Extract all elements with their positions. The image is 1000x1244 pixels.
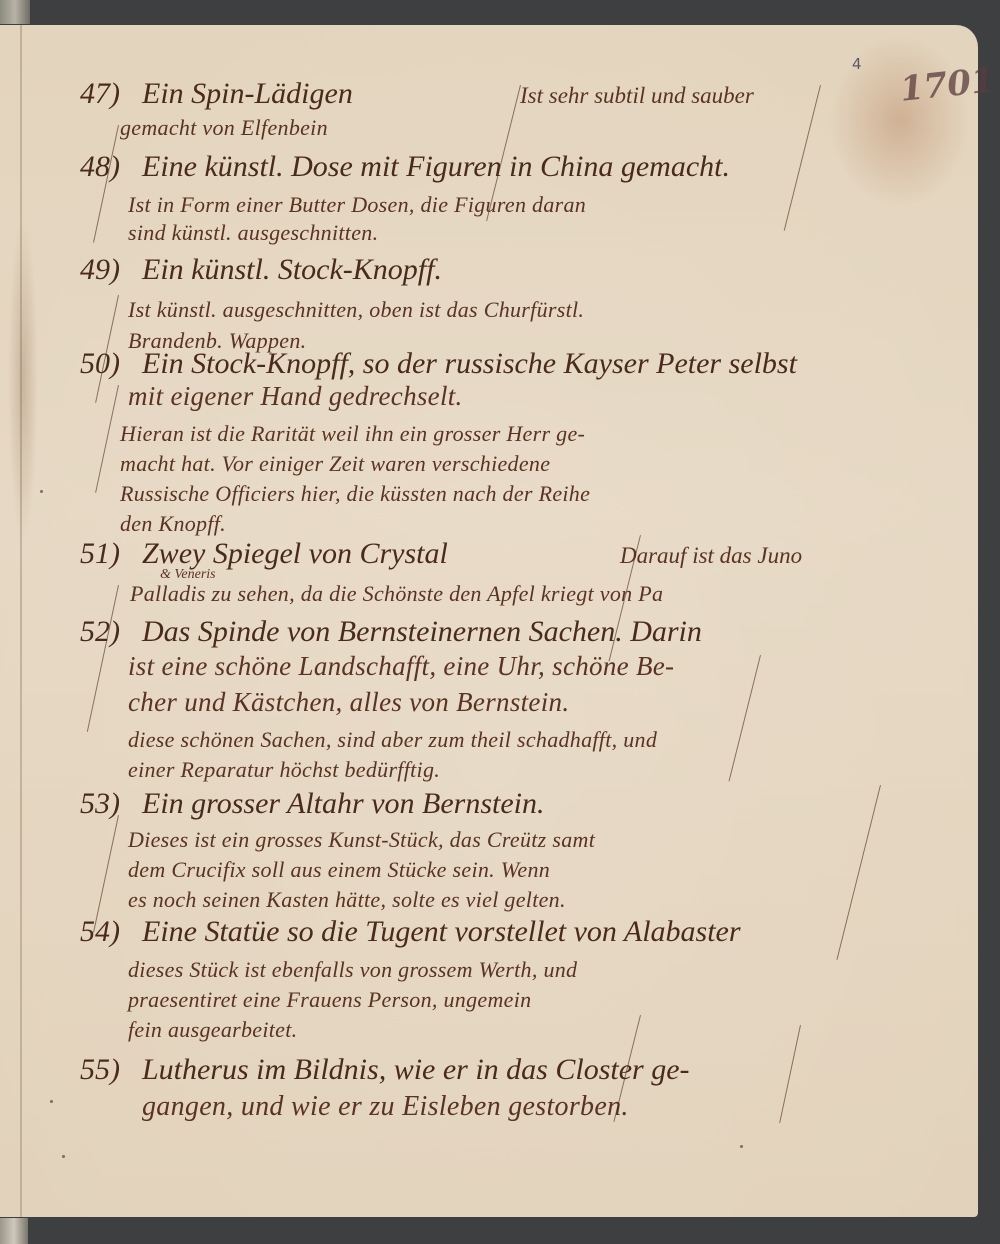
entry-title: Eine künstl. Dose mit Figuren in China g… xyxy=(142,150,730,184)
gutter-fold-line xyxy=(20,25,22,1217)
entry-number: 51) xyxy=(80,537,120,571)
entry-title: Zwey Spiegel von Crystal xyxy=(142,537,448,571)
entry-line: dieses Stück ist ebenfalls von grossem W… xyxy=(128,957,577,983)
entry-line: Dieses ist ein grosses Kunst-Stück, das … xyxy=(128,827,595,853)
entry-number: 52) xyxy=(80,615,120,649)
entry-line: fein ausgearbeitet. xyxy=(128,1017,297,1043)
book-binding-top xyxy=(0,0,30,24)
archive-stamp: 1701 xyxy=(898,60,996,110)
entry-number: 53) xyxy=(80,787,120,821)
pen-flourish xyxy=(779,1025,801,1123)
entry-title: Ein Spin-Lädigen xyxy=(142,77,353,111)
ink-speck xyxy=(40,490,43,493)
pen-flourish xyxy=(95,385,119,493)
entry-title: Lutherus im Bildnis, wie er in das Clost… xyxy=(142,1053,690,1087)
entry-side-note: Ist sehr subtil und sauber xyxy=(520,83,754,109)
entry-number: 48) xyxy=(80,150,120,184)
entry-title: Ein Stock-Knopff, so der russische Kayse… xyxy=(142,347,797,381)
entry-line: gemacht von Elfenbein xyxy=(120,115,328,141)
entry-title: Ein grosser Altahr von Bernstein. xyxy=(142,787,544,821)
entry-line: dem Crucifix soll aus einem Stücke sein.… xyxy=(128,857,550,883)
pen-flourish xyxy=(784,85,821,231)
book-binding-bottom xyxy=(0,1218,28,1244)
gutter-stain xyxy=(8,215,38,545)
entry-line: ist eine schöne Landschafft, eine Uhr, s… xyxy=(128,651,674,682)
entry-line: Palladis zu sehen, da die Schönste den A… xyxy=(130,581,663,607)
entry-line: cher und Kästchen, alles von Bernstein. xyxy=(128,687,569,718)
entry-line: Hieran ist die Rarität weil ihn ein gros… xyxy=(120,421,585,447)
entry-line: sind künstl. ausgeschnitten. xyxy=(128,220,378,246)
entry-title: Eine Statüe so die Tugent vorstellet von… xyxy=(142,915,741,949)
entry-line: Ist künstl. ausgeschnitten, oben ist das… xyxy=(128,297,584,323)
ink-speck xyxy=(50,1100,53,1103)
entry-line: mit eigener Hand gedrechselt. xyxy=(128,381,463,412)
entry-number: 55) xyxy=(80,1053,120,1087)
entry-side-note: Darauf ist das Juno xyxy=(620,543,802,569)
ink-speck xyxy=(740,1145,743,1148)
entry-title: Ein künstl. Stock-Knopff. xyxy=(142,253,442,287)
folio-number: 4 xyxy=(852,55,862,73)
pen-flourish xyxy=(836,785,881,960)
entry-line: gangen, und wie er zu Eisleben gestorben… xyxy=(142,1091,629,1123)
entry-number: 47) xyxy=(80,77,120,111)
ink-speck xyxy=(62,1155,65,1158)
entry-line: macht hat. Vor einiger Zeit waren versch… xyxy=(120,451,550,477)
entry-line: Ist in Form einer Butter Dosen, die Figu… xyxy=(128,192,586,218)
entry-line: praesentiret eine Frauens Person, ungeme… xyxy=(128,987,531,1013)
pen-flourish xyxy=(729,655,761,781)
entry-line: Russische Officiers hier, die küssten na… xyxy=(120,481,590,507)
entry-line: diese schönen Sachen, sind aber zum thei… xyxy=(128,727,657,753)
entry-number: 54) xyxy=(80,915,120,949)
entry-line: einer Reparatur höchst bedürfftig. xyxy=(128,757,440,783)
entry-line: den Knopff. xyxy=(120,511,226,537)
manuscript-page: 4 1701 47) Ein Spin-Lädigen gemacht von … xyxy=(0,25,978,1217)
entry-number: 49) xyxy=(80,253,120,287)
pen-flourish xyxy=(87,585,119,732)
entry-line: es noch seinen Kasten hätte, solte es vi… xyxy=(128,887,566,913)
